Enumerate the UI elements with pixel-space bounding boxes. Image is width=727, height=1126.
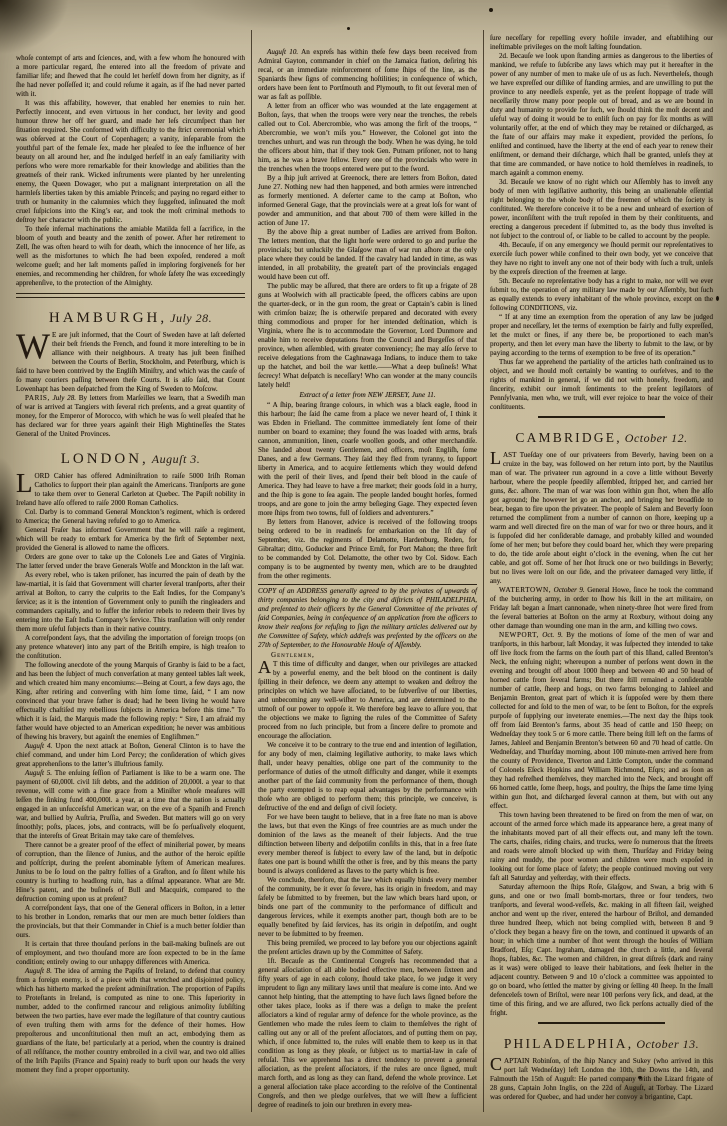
salutation-gentlemen: Gentlemen, — [258, 651, 477, 660]
paragraph-we-conclude: We conclude, therefore, that the law whi… — [258, 876, 477, 939]
paragraph-abercrombie: A letter from an officer who was wounded… — [258, 102, 477, 174]
paragraph-darby: Col. Darby is to command General Monckto… — [16, 508, 245, 526]
paragraph-we-conceive: We conceive it to be contrary to the tru… — [258, 741, 477, 813]
section-rule — [16, 293, 245, 298]
paragraph-august4: Auguſt 4. Upon the next attack at Boſton… — [16, 742, 245, 769]
paragraph-august8: Auguſt 8. The idea of arming the Papiſts… — [16, 967, 245, 1075]
paragraph-text: APTAIN Robinſon, of the ſhip Nancy and S… — [490, 1057, 713, 1101]
paragraph-foreign-troops: A correſpondent ſays, that the adviſing … — [16, 634, 245, 661]
dateline-place: NEWPORT, — [499, 631, 539, 639]
dateline-date: Auguſt 5. — [25, 769, 52, 777]
paragraph-thus-far: Thus far we apprehend the partiality of … — [490, 358, 713, 412]
drop-cap: L — [16, 472, 35, 495]
paragraph-text: The idea of arming the Papiſts of Irelan… — [16, 967, 245, 1074]
paragraph-greenock-letters: By a ſhip juſt arrived at Greenock, ther… — [258, 174, 477, 228]
dateline-place: WATERTOWN, — [499, 586, 551, 594]
heading-london: LONDON,Auguſt 3. — [16, 443, 245, 470]
paragraph-text: AST Tueſday one of our privateers from B… — [490, 451, 713, 585]
paragraph-philadelphia-captain: CAPTAIN Robinſon, of the ſhip Nancy and … — [490, 1057, 713, 1102]
paragraph-objection-3d: 3d. Becauſe we know of no right which ou… — [490, 178, 713, 241]
paragraph-text: The enſuing ſeſſion of Parliament is lik… — [16, 769, 245, 840]
paragraph-matilda-sacrifice: To theſe infernal machinations the amiab… — [16, 225, 245, 288]
paragraph-text: ORD Cahier has offered Adminiſtration to… — [16, 472, 245, 507]
paragraph-matilda-continuation: whoſe contempt of arts and ſciences, and… — [16, 54, 245, 99]
paragraph-ladies-arrived: By the above ſhip a great number of Ladi… — [258, 228, 477, 282]
paragraph-objection-first: 1ſt. Becauſe as the Continental Congreſs… — [258, 957, 477, 1110]
dateline-date: Auguſt 4. — [25, 742, 52, 750]
heading-place: LONDON, — [61, 451, 149, 467]
paragraph-woolwich-frigate: The public may be aſſured, that there ar… — [258, 282, 477, 390]
paragraph-rebel-transports: As every rebel, who is taken priſoner, h… — [16, 571, 245, 634]
paragraph-cambridge-privateer: LAST Tueſday one of our privateers from … — [490, 451, 713, 586]
dateline-date: Auguſt 8. — [25, 967, 52, 975]
heading-date: Auguſt 3. — [152, 452, 201, 466]
paragraph-text: T this time of difficulty and danger, wh… — [258, 660, 477, 740]
heading-cambridge: CAMBRIDGE,October 12. — [490, 422, 713, 449]
paragraph-correspondent-boston: A correſpondent ſays, that one of the Ge… — [16, 904, 245, 940]
paragraph-objection-4th: 4th. Becauſe, if on any emergency we ſho… — [490, 241, 713, 277]
paragraph-extract-ship: “ A ſhip, bearing ſtrange colours, in wh… — [258, 401, 477, 518]
dateline-date: July 28. — [53, 394, 76, 402]
heading-date: July 28. — [170, 311, 212, 325]
dateline-date: Oct. 9. — [542, 631, 563, 639]
paragraph-london-lead: LORD Cahier has offered Adminiſtration t… — [16, 472, 245, 508]
paragraph-address-opening: AT this time of difficulty and danger, w… — [258, 660, 477, 741]
heading-place: PHILADELPHIA, — [504, 1036, 633, 1051]
paragraph-unemployment: It is certain that three thouſand perſon… — [16, 940, 245, 967]
heading-date: October 13. — [636, 1037, 699, 1051]
heading-place: HAMBURGH, — [49, 310, 167, 326]
heading-philadelphia: PHILADELPHIA,October 13. — [490, 1028, 713, 1055]
column-left: whoſe contempt of arts and ſciences, and… — [10, 30, 251, 1112]
paragraph-august5: Auguſt 5. The enſuing ſeſſion of Parliam… — [16, 769, 245, 841]
paragraph-granby-anecdote: The following anecdote of the young Marq… — [16, 661, 245, 742]
paragraph-paris: PARIS, July 28. By letters from Marſeill… — [16, 394, 245, 439]
ink-speck — [716, 296, 719, 301]
paragraph-hamburgh: WE are juſt informed, that the Court of … — [16, 331, 245, 394]
ink-speck — [347, 27, 350, 30]
paragraph-august10: Auguſt 10. An expreſs has within theſe f… — [258, 48, 477, 102]
ink-speck — [638, 1076, 642, 1079]
paragraph-copy-of-address: COPY of an ADDRESS generally agreed to b… — [258, 587, 477, 650]
paragraph-objection-continuation: ſure neceſſary for repelling every hoſti… — [490, 34, 713, 52]
dateline-date: October 9. — [554, 586, 585, 594]
paragraph-matilda-affability: It was this affability, however, that en… — [16, 99, 245, 225]
paragraph-newport-town-threatened: This town having been threatened to be f… — [490, 811, 713, 883]
heading-extract-new-jersey: Extract of a letter from NEW JERSEY, Jun… — [258, 391, 477, 400]
paragraph-newport-bristol-firing: Saturday afternoon the ſhips Roſe, Glaſg… — [490, 883, 713, 1018]
drop-cap: A — [258, 660, 273, 675]
paragraph-watertown: WATERTOWN, October 9. General Howe, ſinc… — [490, 586, 713, 631]
paragraph-taught-to-believe: For we have been taught to believe, that… — [258, 813, 477, 876]
paragraph-junius: There cannot be a greater proof of the e… — [16, 841, 245, 904]
drop-cap: W — [16, 331, 52, 361]
paragraph-text: By the motions of ſome of the men of war… — [490, 631, 713, 810]
ink-speck — [489, 8, 493, 12]
paragraph-lee-gates: Orders are gone over to take up the Colo… — [16, 553, 245, 571]
paragraph-conditions-quote: “ If at any time an exemption from the o… — [490, 313, 713, 358]
paragraph-fraser: General Fraſer has informed Government t… — [16, 526, 245, 553]
column-middle: Auguſt 10. An expreſs has within theſe f… — [251, 30, 483, 1112]
heading-place: CAMBRIDGE, — [515, 430, 621, 445]
column-right: ſure neceſſary for repelling every hoſti… — [483, 30, 719, 1112]
paragraph-objection-2d: 2d. Becauſe we look upon ſtanding armies… — [490, 52, 713, 178]
drop-cap: C — [490, 1057, 504, 1072]
paragraph-newport-livestock: NEWPORT, Oct. 9. By the motions of ſome … — [490, 631, 713, 811]
column-layout: whoſe contempt of arts and ſciences, and… — [0, 0, 727, 1112]
section-rule — [538, 1022, 665, 1024]
paragraph-objection-5th: 5th. Becauſe no repreſentative body has … — [490, 277, 713, 313]
section-rule — [258, 584, 477, 585]
dateline-date: Auguſt 10. — [267, 48, 298, 56]
drop-cap: L — [490, 451, 503, 466]
paragraph-text: By letters from Marſeilles we learn, tha… — [16, 394, 245, 438]
dateline-place: PARIS, — [25, 394, 50, 402]
heading-date: October 12. — [625, 431, 688, 445]
heading-hamburgh: HAMBURGH,July 28. — [16, 302, 245, 329]
section-rule — [538, 416, 665, 418]
paragraph-this-being-premised: This being premiſed, we proceed to lay b… — [258, 939, 477, 957]
paragraph-hanover-troops: By letters from Hanover, advice is recei… — [258, 518, 477, 581]
newspaper-page: whoſe contempt of arts and ſciences, and… — [0, 0, 727, 1126]
